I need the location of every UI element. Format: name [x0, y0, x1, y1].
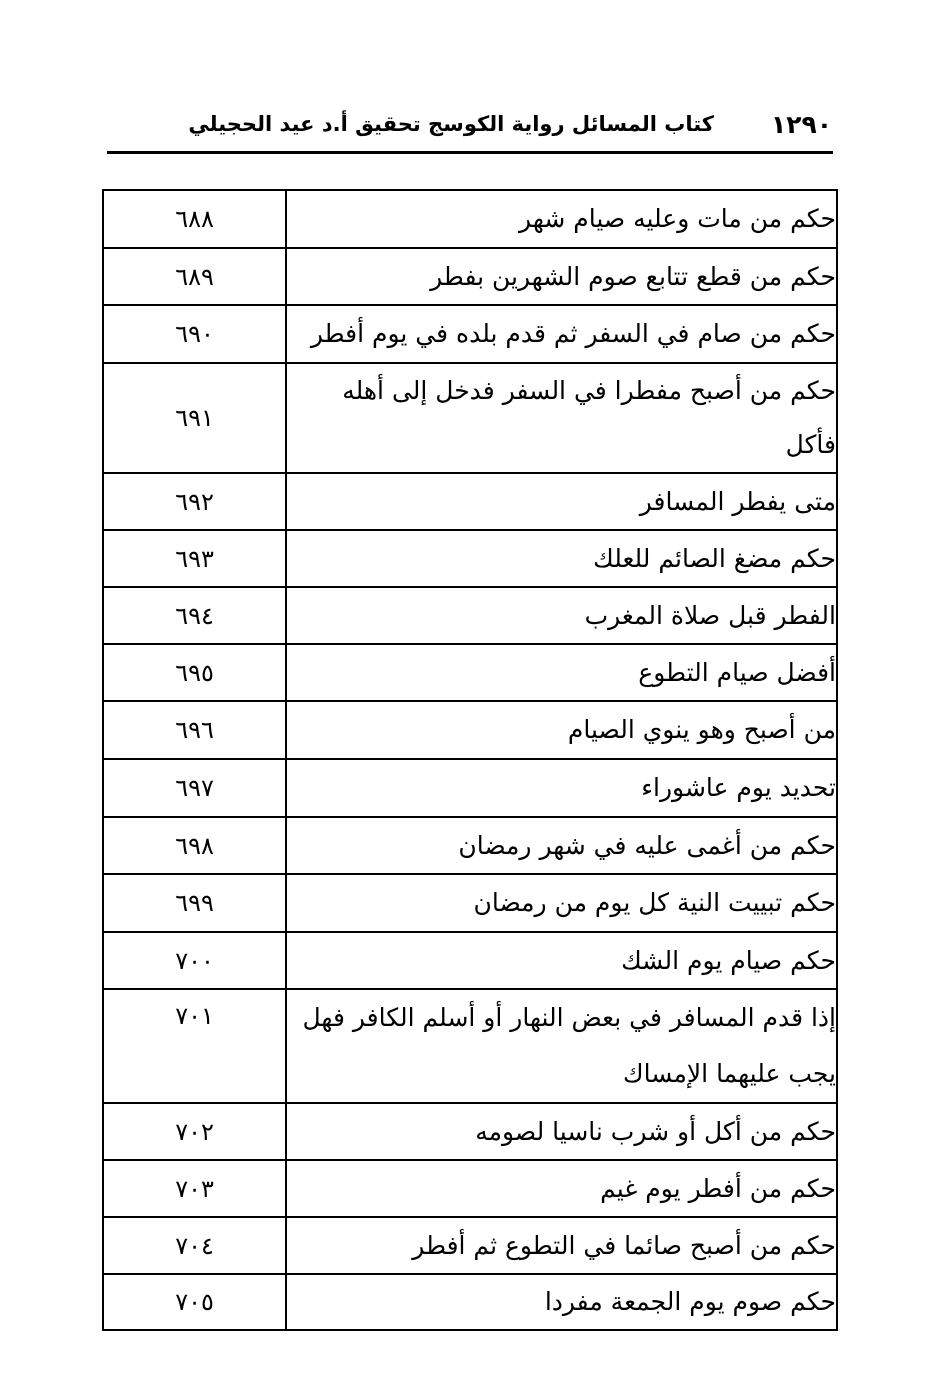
- table-row: حكم من أفطر يوم غيم٧٠٣: [103, 1160, 837, 1217]
- issue-number: ٦٩٩: [103, 874, 286, 932]
- page-number: ١٢٩٠: [771, 110, 832, 139]
- topic-title: حكم من صام في السفر ثم قدم بلده في يوم أ…: [286, 305, 837, 363]
- page-header: ١٢٩٠ كتاب المسائل رواية الكوسج تحقيق أ.د…: [108, 108, 832, 148]
- topic-title: حكم من أفطر يوم غيم: [286, 1160, 837, 1217]
- issue-number: ٦٩٥: [103, 644, 286, 701]
- table-row: حكم من قطع تتابع صوم الشهرين بفطر٦٨٩: [103, 248, 837, 305]
- topic-title: حكم صوم يوم الجمعة مفردا: [286, 1274, 837, 1330]
- topic-title: حكم من أكل أو شرب ناسيا لصومه: [286, 1103, 837, 1160]
- issue-number: ٦٨٨: [103, 190, 286, 248]
- issue-number: ٦٩٧: [103, 759, 286, 817]
- topic-title: حكم من أصبح صائما في التطوع ثم أفطر: [286, 1217, 837, 1274]
- issue-number: ٦٨٩: [103, 248, 286, 305]
- issue-number: ٧٠١: [103, 989, 286, 1103]
- issue-number: ٦٩٨: [103, 817, 286, 874]
- table-row: حكم مضغ الصائم للعلك٦٩٣: [103, 530, 837, 587]
- topic-title: حكم من مات وعليه صيام شهر: [286, 190, 837, 248]
- issue-number: ٧٠٠: [103, 932, 286, 989]
- topic-title: إذا قدم المسافر في بعض النهار أو أسلم ال…: [286, 989, 837, 1103]
- table-row: من أصبح وهو ينوي الصيام٦٩٦: [103, 701, 837, 759]
- topic-title: الفطر قبل صلاة المغرب: [286, 587, 837, 644]
- issue-number: ٦٩٢: [103, 473, 286, 530]
- table-row: حكم تبييت النية كل يوم من رمضان٦٩٩: [103, 874, 837, 932]
- topic-title: حكم صيام يوم الشك: [286, 932, 837, 989]
- table-row: حكم صوم يوم الجمعة مفردا٧٠٥: [103, 1274, 837, 1330]
- topic-title: أفضل صيام التطوع: [286, 644, 837, 701]
- topic-title: من أصبح وهو ينوي الصيام: [286, 701, 837, 759]
- issue-number: ٦٩٦: [103, 701, 286, 759]
- topic-title: تحديد يوم عاشوراء: [286, 759, 837, 817]
- issue-number: ٧٠٤: [103, 1217, 286, 1274]
- issue-number: ٦٩٤: [103, 587, 286, 644]
- table-row: حكم من أصبح صائما في التطوع ثم أفطر٧٠٤: [103, 1217, 837, 1274]
- issue-number: ٦٩٣: [103, 530, 286, 587]
- table-row: تحديد يوم عاشوراء٦٩٧: [103, 759, 837, 817]
- index-table: حكم من مات وعليه صيام شهر٦٨٨حكم من قطع ت…: [102, 189, 838, 1331]
- issue-number: ٧٠٣: [103, 1160, 286, 1217]
- issue-number: ٦٩١: [103, 363, 286, 473]
- issue-number: ٧٠٥: [103, 1274, 286, 1330]
- topic-title: حكم من قطع تتابع صوم الشهرين بفطر: [286, 248, 837, 305]
- table-row: حكم صيام يوم الشك٧٠٠: [103, 932, 837, 989]
- table-row: أفضل صيام التطوع٦٩٥: [103, 644, 837, 701]
- table-row: حكم من أغمى عليه في شهر رمضان٦٩٨: [103, 817, 837, 874]
- table-row: حكم من صام في السفر ثم قدم بلده في يوم أ…: [103, 305, 837, 363]
- table-row: حكم من مات وعليه صيام شهر٦٨٨: [103, 190, 837, 248]
- issue-number: ٧٠٢: [103, 1103, 286, 1160]
- table-row: متى يفطر المسافر٦٩٢: [103, 473, 837, 530]
- topic-title: متى يفطر المسافر: [286, 473, 837, 530]
- table-row: إذا قدم المسافر في بعض النهار أو أسلم ال…: [103, 989, 837, 1103]
- issue-number: ٦٩٠: [103, 305, 286, 363]
- table-body: حكم من مات وعليه صيام شهر٦٨٨حكم من قطع ت…: [103, 190, 837, 1330]
- table-row: الفطر قبل صلاة المغرب٦٩٤: [103, 587, 837, 644]
- header-rule: [107, 151, 833, 154]
- book-title: كتاب المسائل رواية الكوسج تحقيق أ.د عيد …: [188, 112, 714, 136]
- topic-title: حكم تبييت النية كل يوم من رمضان: [286, 874, 837, 932]
- table-row: حكم من أكل أو شرب ناسيا لصومه٧٠٢: [103, 1103, 837, 1160]
- topic-title: حكم من أصبح مفطرا في السفر فدخل إلى أهله…: [286, 363, 837, 473]
- topic-title: حكم مضغ الصائم للعلك: [286, 530, 837, 587]
- table-row: حكم من أصبح مفطرا في السفر فدخل إلى أهله…: [103, 363, 837, 473]
- topic-title: حكم من أغمى عليه في شهر رمضان: [286, 817, 837, 874]
